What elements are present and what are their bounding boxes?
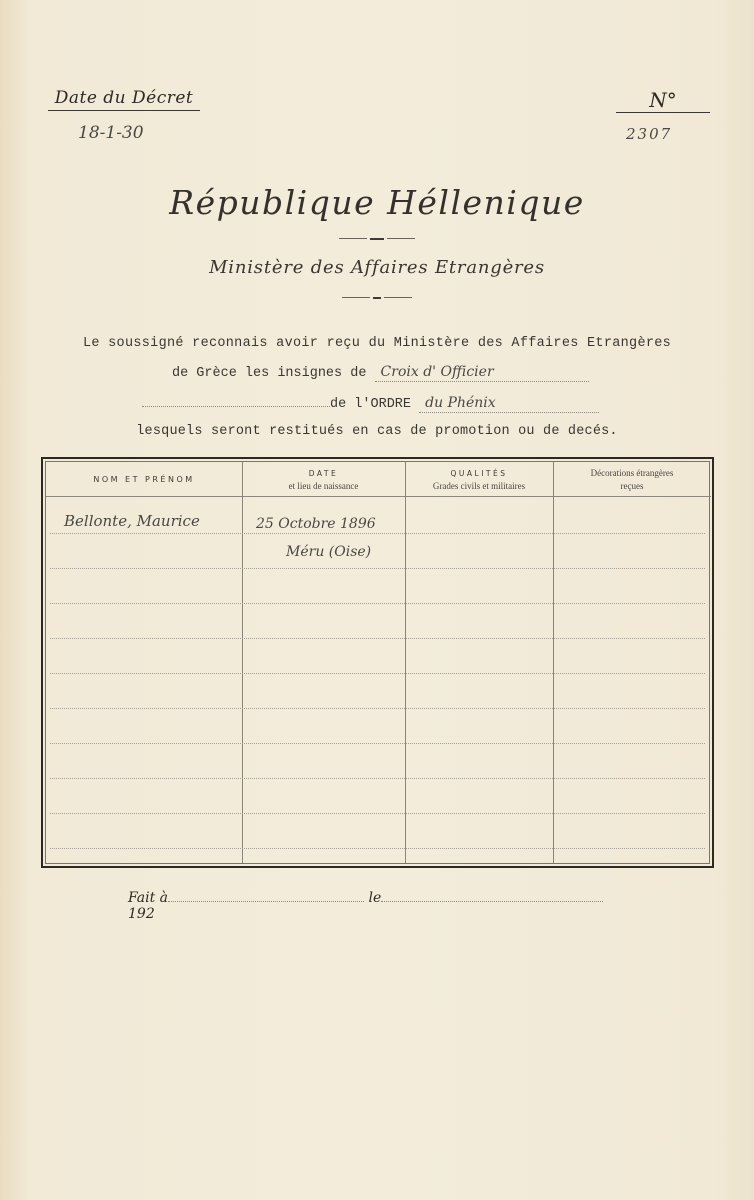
document-title: République Héllenique — [0, 183, 754, 222]
column-header-date: DATE et lieu de naissance — [242, 462, 405, 497]
order-prefix: de l'ORDRE — [330, 397, 411, 412]
row-line — [50, 778, 705, 779]
row-line — [50, 848, 705, 849]
decree-date-label: Date du Décret — [48, 88, 200, 111]
signature-line: Fait à le 192 — [128, 890, 634, 922]
ministry-subtitle: Ministère des Affaires Etrangères — [0, 257, 754, 278]
birth-date: 25 Octobre 1896 — [256, 516, 376, 532]
column-header-qualites: QUALITÉS Grades civils et militaires — [405, 462, 553, 497]
date-field[interactable] — [381, 891, 603, 902]
row-line — [50, 603, 705, 604]
birth-place: Méru (Oise) — [286, 544, 371, 560]
ornament-divider — [0, 292, 754, 303]
decree-date-value: 18-1-30 — [78, 123, 144, 143]
year-label: 192 — [128, 906, 155, 922]
place-field[interactable] — [168, 891, 364, 902]
column-header-name: NOM ET PRÉNOM — [46, 462, 242, 497]
recipients-table: NOM ET PRÉNOM DATE et lieu de naissance … — [41, 457, 714, 868]
row-line — [50, 813, 705, 814]
ornament-divider — [0, 233, 754, 244]
row-line — [50, 568, 705, 569]
statement-line-1: Le soussigné reconnais avoir reçu du Min… — [0, 336, 754, 351]
row-line — [50, 638, 705, 639]
statement-line-2: de Grèce les insignes de Croix d' Offici… — [172, 364, 632, 382]
row-line — [50, 673, 705, 674]
row-line — [50, 743, 705, 744]
le-label: le — [368, 890, 381, 906]
order-leading-dots — [142, 396, 330, 407]
recipient-name: Bellonte, Maurice — [64, 512, 200, 530]
insignia-field[interactable]: Croix d' Officier — [375, 364, 589, 382]
statement-line-3: de l'ORDRE du Phénix — [142, 395, 612, 413]
number-label: N° — [616, 88, 710, 113]
fait-label: Fait à — [128, 890, 168, 906]
insignia-value: Croix d' Officier — [375, 364, 494, 380]
insignia-prefix: de Grèce les insignes de — [172, 366, 366, 381]
statement-line-4: lesquels seront restitués en cas de prom… — [0, 424, 754, 439]
order-field[interactable]: du Phénix — [419, 395, 599, 413]
row-line — [50, 708, 705, 709]
column-divider — [242, 462, 243, 863]
order-value: du Phénix — [419, 395, 496, 411]
number-value: 2307 — [626, 125, 672, 143]
row-line — [50, 533, 705, 534]
column-divider — [553, 462, 554, 863]
column-divider — [405, 462, 406, 863]
column-header-decorations: Décorations étrangères reçues — [553, 462, 711, 497]
